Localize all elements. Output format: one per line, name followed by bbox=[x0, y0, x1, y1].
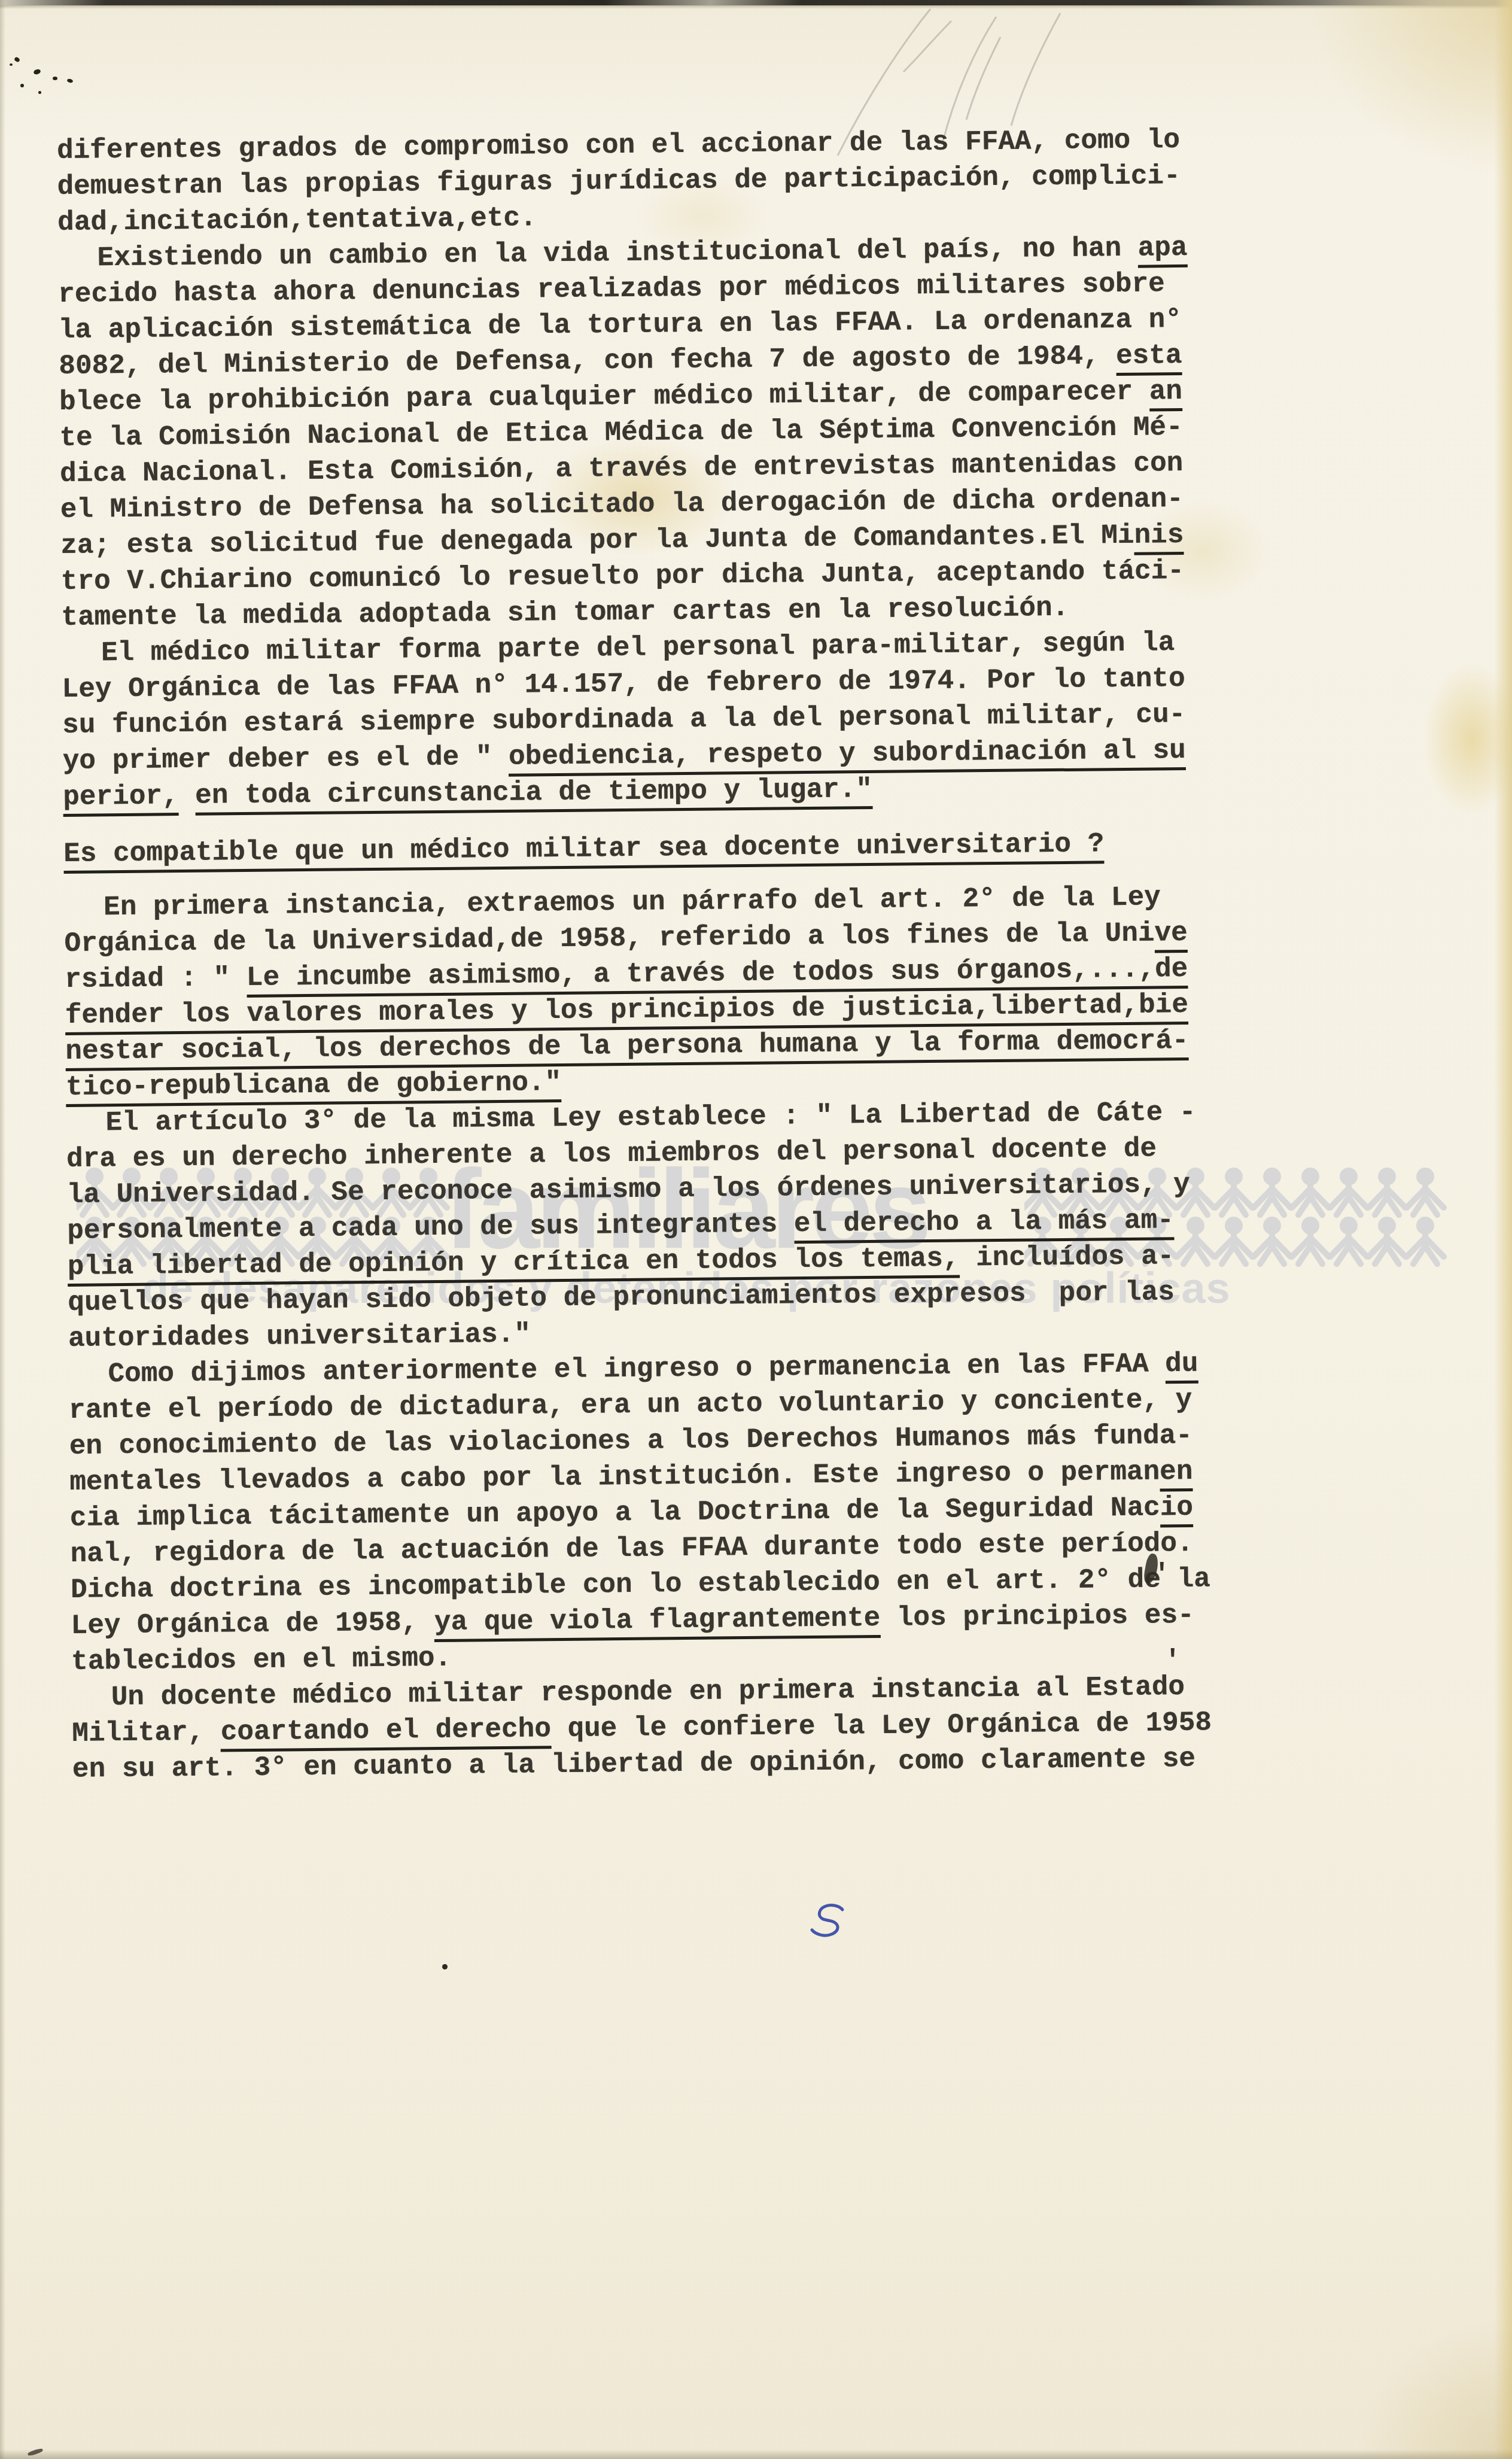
stray-ink-dot bbox=[442, 1964, 448, 1969]
stray-apostrophe: ' bbox=[1164, 1646, 1181, 1677]
paragraph: En primera instancia, extraemos un párra… bbox=[64, 876, 1512, 1105]
handwritten-page-number bbox=[808, 1902, 848, 1943]
section-heading: Es compatible que un médico militar sea … bbox=[63, 822, 1512, 872]
paragraph: Un docente médico militar responde en pr… bbox=[72, 1666, 1512, 1788]
paragraph: El artículo 3° de la misma Ley establece… bbox=[66, 1092, 1512, 1357]
paragraph: Existiendo un cambio en la vida instituc… bbox=[57, 227, 1512, 636]
scanned-page: familiares de desaparecidos y detenidos … bbox=[0, 0, 1512, 2459]
scan-corner-stain-bottom-right bbox=[1356, 2315, 1512, 2459]
document-text: diferentes grados de compromiso con el a… bbox=[0, 0, 1512, 1788]
text-line: Es compatible que un médico militar sea … bbox=[63, 822, 1512, 872]
paragraph: El médico militar forma parte del person… bbox=[62, 622, 1512, 815]
scan-edge-bottom bbox=[0, 2449, 1512, 2459]
paragraph: Como dijimos anteriormente el ingreso o … bbox=[68, 1343, 1512, 1680]
paragraph: diferentes grados de compromiso con el a… bbox=[57, 119, 1512, 241]
